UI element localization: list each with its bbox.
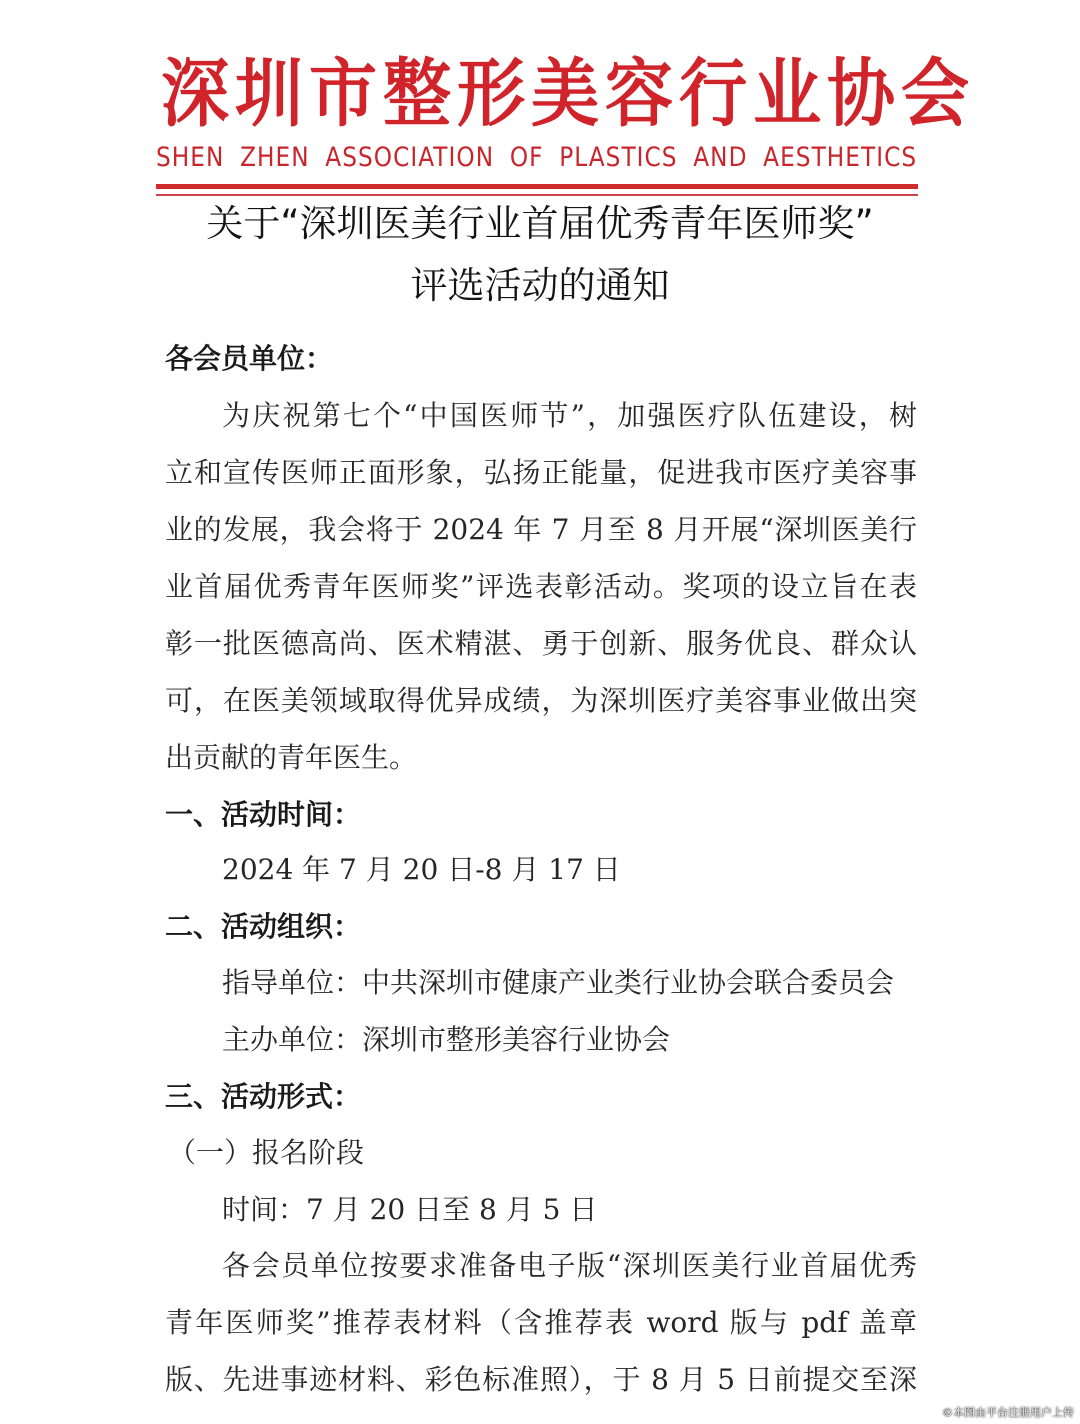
intro-line: 业的发展，我会将于 2024 年 7 月至 8 月开展“深圳医美行	[165, 511, 917, 549]
letterhead: 深 圳 市 整 形 美 容 行 业 协 会 SHEN ZHEN ASSOCIAT…	[156, 52, 918, 196]
intro-line: 可，在医美领域取得优异成绩，为深圳医疗美容事业做出突	[165, 682, 917, 720]
section-heading-organization: 二、活动组织：	[165, 908, 917, 946]
org-char: 深	[161, 52, 229, 136]
org-char: 美	[531, 52, 599, 136]
notice-title-line-2: 评选活动的通知	[0, 255, 1080, 309]
org-char: 协	[827, 52, 895, 136]
org-char: 圳	[235, 52, 303, 136]
org-char: 行	[679, 52, 747, 136]
phase-1-line: 各会员单位按要求准备电子版“深圳医美行业首届优秀	[222, 1247, 917, 1285]
activity-dates: 2024 年 7 月 20 日-8 月 17 日	[222, 851, 917, 889]
upload-watermark: ©本图由平台注册用户上传	[942, 1404, 1074, 1420]
guide-unit: 指导单位：中共深圳市健康产业类行业协会联合委员会	[222, 964, 917, 1002]
salutation: 各会员单位：	[165, 340, 917, 378]
notice-title-line-1: 关于“深圳医美行业首届优秀青年医师奖”	[0, 193, 1080, 247]
phase-1-line: 版、先进事迹材料、彩色标准照），于 8 月 5 日前提交至深	[165, 1361, 917, 1399]
org-char: 会	[901, 52, 969, 136]
phase-1-time: 时间：7 月 20 日至 8 月 5 日	[222, 1191, 917, 1229]
org-name-en: SHEN ZHEN ASSOCIATION OF PLASTICS AND AE…	[156, 142, 917, 174]
host-unit: 主办单位：深圳市整形美容行业协会	[222, 1021, 917, 1059]
phase-1-title: （一）报名阶段	[168, 1134, 920, 1172]
intro-line: 出贡献的青年医生。	[165, 739, 917, 777]
intro-line: 彰一批医德高尚、医术精湛、勇于创新、服务优良、群众认	[165, 625, 917, 663]
org-name-cn: 深 圳 市 整 形 美 容 行 业 协 会	[156, 52, 918, 136]
letterhead-rule-thick	[156, 184, 918, 189]
org-char: 业	[753, 52, 821, 136]
org-char: 形	[457, 52, 525, 136]
intro-line: 立和宣传医师正面形象，弘扬正能量，促进我市医疗美容事	[165, 454, 917, 492]
intro-line: 业首届优秀青年医师奖”评选表彰活动。奖项的设立旨在表	[165, 568, 917, 606]
section-heading-time: 一、活动时间：	[165, 796, 917, 834]
org-char: 市	[309, 52, 377, 136]
intro-line: 为庆祝第七个“中国医师节”，加强医疗队伍建设，树	[222, 397, 917, 435]
org-char: 容	[605, 52, 673, 136]
section-heading-format: 三、活动形式：	[165, 1078, 917, 1116]
org-char: 整	[383, 52, 451, 136]
phase-1-line: 青年医师奖”推荐表材料（含推荐表 word 版与 pdf 盖章	[165, 1304, 917, 1342]
